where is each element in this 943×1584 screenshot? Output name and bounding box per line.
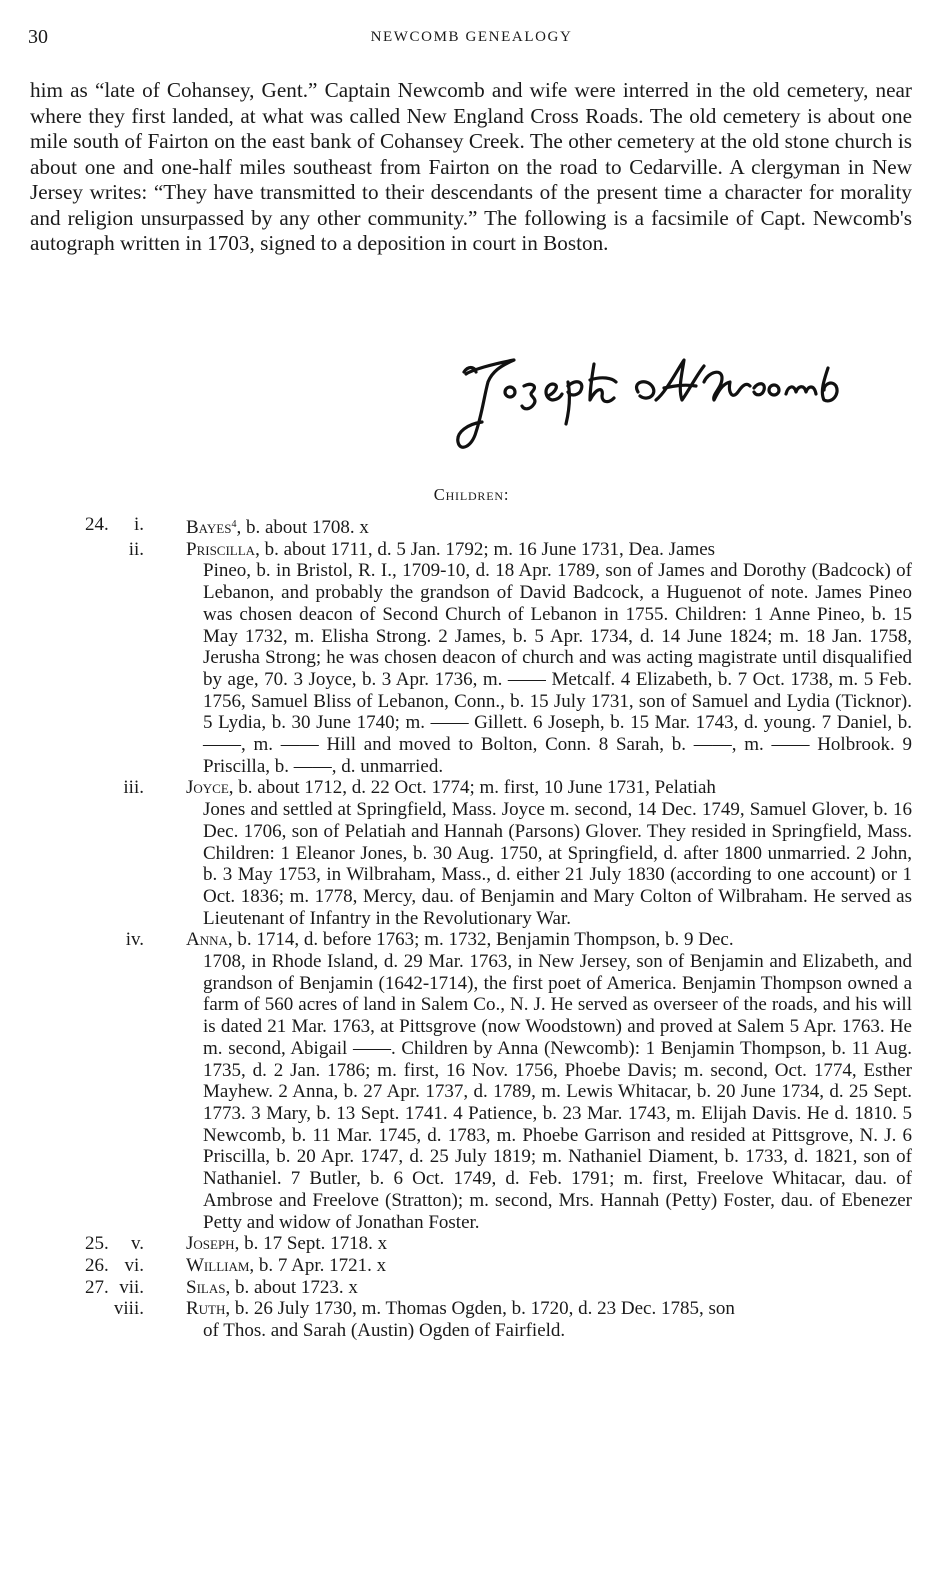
intro-paragraph-block: him as “late of Cohansey, Gent.” Captain… <box>30 78 912 257</box>
child-name: Bayes <box>186 517 231 538</box>
roman-numeral: iii. <box>123 777 144 799</box>
roman-numeral: vii. <box>119 1277 144 1299</box>
child-text: , b. about 1712, d. 22 Oct. 1774; m. fir… <box>229 777 716 798</box>
child-entry: iii. Joyce, b. about 1712, d. 22 Oct. 17… <box>0 777 912 929</box>
roman-numeral: ii. <box>129 539 144 561</box>
signature-icon <box>452 352 922 462</box>
child-entry: 25. v. Joseph, b. 17 Sept. 1718. x <box>0 1233 912 1255</box>
roman-numeral: i. <box>134 514 144 536</box>
child-continuation: of Thos. and Sarah (Austin) Ogden of Fai… <box>186 1320 912 1342</box>
child-entry: iv. Anna, b. 1714, d. before 1763; m. 17… <box>0 929 912 1233</box>
children-list: 24. i. Bayes4, b. about 1708. x ii. Pris… <box>0 514 943 1342</box>
intro-paragraph: him as “late of Cohansey, Gent.” Captain… <box>30 78 912 257</box>
child-name: Silas <box>186 1277 225 1298</box>
child-text: , b. 26 July 1730, m. Thomas Ogden, b. 1… <box>225 1298 734 1319</box>
child-text: , b. 7 Apr. 1721. x <box>249 1255 386 1276</box>
roman-numeral: v. <box>131 1233 144 1255</box>
roman-numeral: viii. <box>114 1298 144 1320</box>
child-continuation: Pineo, b. in Bristol, R. I., 1709-10, d.… <box>186 560 912 777</box>
child-continuation: 1708, in Rhode Island, d. 29 Mar. 1763, … <box>186 951 912 1233</box>
child-text: , b. about 1723. x <box>225 1277 357 1298</box>
child-text: , b. 1714, d. before 1763; m. 1732, Benj… <box>228 929 734 950</box>
child-entry: 24. i. Bayes4, b. about 1708. x <box>0 514 912 539</box>
child-entry: 26. vi. William, b. 7 Apr. 1721. x <box>0 1255 912 1277</box>
child-name: Joseph <box>186 1233 235 1254</box>
child-name: Joyce <box>186 777 229 798</box>
child-name: Anna <box>186 929 228 950</box>
generation-number: 24. <box>85 514 125 536</box>
child-name: Ruth <box>186 1298 225 1319</box>
child-text: , b. about 1711, d. 5 Jan. 1792; m. 16 J… <box>255 539 715 560</box>
children-heading: Children: <box>0 485 943 505</box>
roman-numeral: iv. <box>126 929 144 951</box>
child-continuation: Jones and settled at Springfield, Mass. … <box>186 799 912 929</box>
signature-facsimile <box>452 352 922 462</box>
child-text: , b. 17 Sept. 1718. x <box>235 1233 388 1254</box>
child-name: Priscilla <box>186 539 255 560</box>
running-title: NEWCOMB GENEALOGY <box>0 29 943 46</box>
child-name: William <box>186 1255 249 1276</box>
child-entry: 27. vii. Silas, b. about 1723. x <box>0 1277 912 1299</box>
generation-number: 26. <box>85 1255 125 1277</box>
child-entry: ii. Priscilla, b. about 1711, d. 5 Jan. … <box>0 539 912 778</box>
child-text: , b. about 1708. x <box>236 517 368 538</box>
running-head: 30 NEWCOMB GENEALOGY <box>0 26 943 50</box>
child-entry: viii. Ruth, b. 26 July 1730, m. Thomas O… <box>0 1298 912 1341</box>
generation-number: 25. <box>85 1233 125 1255</box>
roman-numeral: vi. <box>124 1255 144 1277</box>
